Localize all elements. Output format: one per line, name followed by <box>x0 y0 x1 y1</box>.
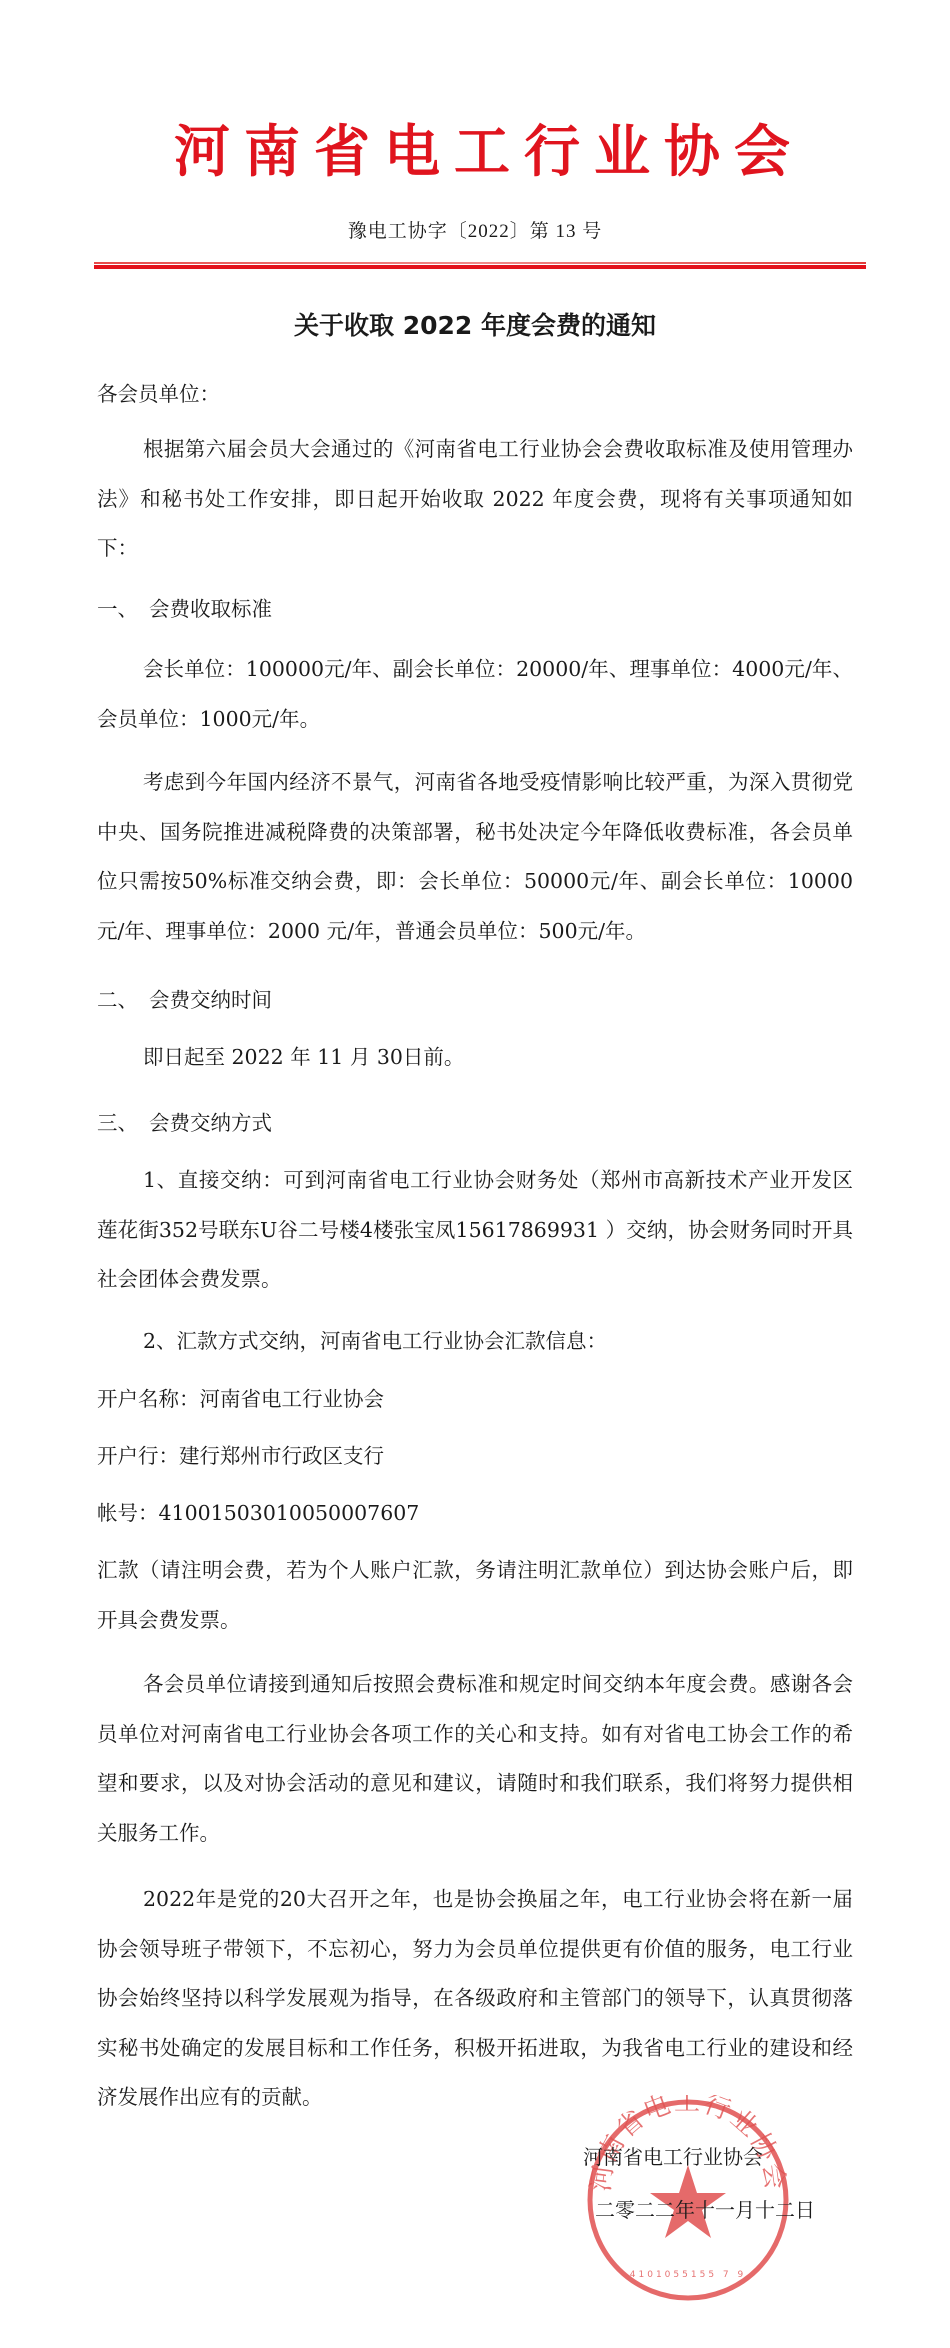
remittance-paragraph: 2、汇款方式交纳，河南省电工行业协会汇款信息： <box>97 1317 853 1367</box>
fee-standard-paragraph: 会长单位：100000元/年、副会长单位：20000/年、理事单位：4000元/… <box>97 645 853 744</box>
intro-paragraph: 根据第六届会员大会通过的《河南省电工行业协会会费收取标准及使用管理办法》和秘书处… <box>97 425 853 574</box>
section-3-heading: 三、会费交纳方式 <box>97 1108 272 1138</box>
section-title: 会费交纳时间 <box>149 988 272 1012</box>
org-title: 河南省电工行业协会 <box>0 118 950 188</box>
direct-payment-paragraph: 1、直接交纳：可到河南省电工行业协会财务处（郑州市高新技术产业开发区莲花街352… <box>97 1156 853 1305</box>
salutation: 各会员单位： <box>97 370 853 420</box>
section-number: 一、 <box>97 594 149 624</box>
signature-date: 二零二二年十一月十二日 <box>560 2195 850 2225</box>
svg-text:4101055155 7 9: 4101055155 7 9 <box>630 2270 746 2280</box>
signature-org: 河南省电工行业协会 <box>543 2142 803 2172</box>
document-subject: 关于收取 2022 年度会费的通知 <box>0 306 950 342</box>
bank-name: 开户行：建行郑州市行政区支行 <box>97 1432 853 1482</box>
closing-paragraph-1: 各会员单位请接到通知后按照会费标准和规定时间交纳本年度会费。感谢各会员单位对河南… <box>97 1660 853 1858</box>
account-name: 开户名称：河南省电工行业协会 <box>97 1375 853 1425</box>
fee-reduction-paragraph: 考虑到今年国内经济不景气，河南省各地受疫情影响比较严重，为深入贯彻党中央、国务院… <box>97 758 853 956</box>
section-number: 二、 <box>97 985 149 1015</box>
section-title: 会费交纳方式 <box>149 1111 272 1135</box>
account-number: 帐号：41001503010050007607 <box>97 1489 853 1539</box>
section-1-heading: 一、会费收取标准 <box>97 594 272 624</box>
section-title: 会费收取标准 <box>149 597 272 621</box>
closing-paragraph-2: 2022年是党的20大召开之年，也是协会换届之年，电工行业协会将在新一届协会领导… <box>97 1875 853 2123</box>
doc-number: 豫电工协字〔2022〕第 13 号 <box>0 216 950 243</box>
section-2-heading: 二、会费交纳时间 <box>97 985 272 1015</box>
section-number: 三、 <box>97 1108 149 1138</box>
remittance-note: 汇款（请注明会费，若为个人账户汇款，务请注明汇款单位）到达协会账户后，即开具会费… <box>97 1546 853 1645</box>
payment-deadline-paragraph: 即日起至 2022 年 11 月 30日前。 <box>97 1033 853 1083</box>
red-divider <box>94 262 866 270</box>
